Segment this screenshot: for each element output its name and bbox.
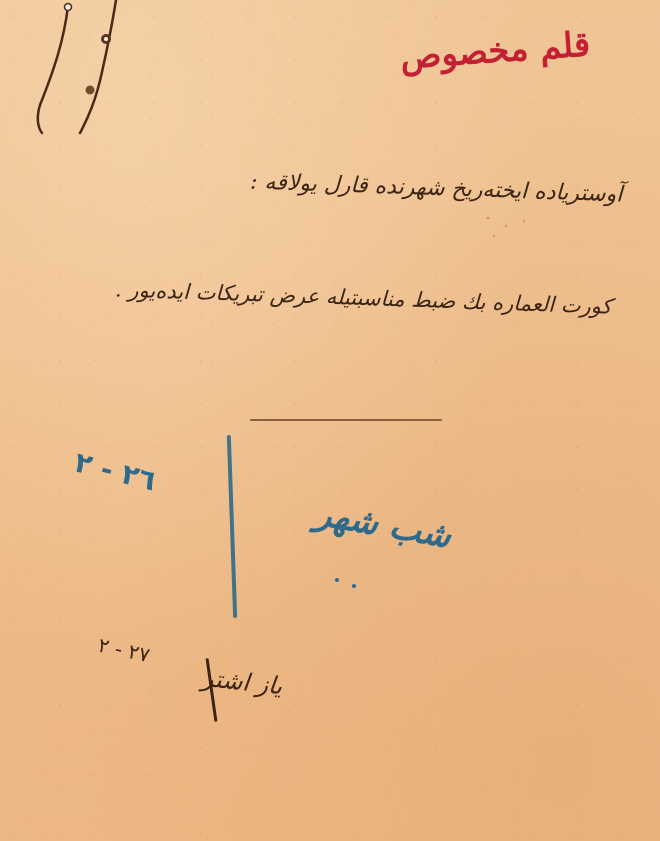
separator-rule [250,419,442,421]
blue-vertical-stroke [227,435,237,618]
brown-annotation-number: ٢٧ - ٢ [96,635,151,665]
blue-dot [352,584,356,588]
blue-dot [335,578,339,582]
blue-annotation-name: شب شهر [313,496,453,553]
text-line-1: آوستریاده ایخته‌ریخ شهرنده قارل یولاقه : [249,172,622,207]
blue-annotation-number: ٢٦ - ٢ [72,448,159,495]
staple-mark-icon [28,0,128,140]
stamp-title: قلم مخصوص [399,27,591,74]
ink-speckle [480,212,540,242]
text-line-2: کورت العماره بك ضبط مناسبتیله عرض تبریکا… [115,279,612,317]
document-page: قلم مخصوص آوستریاده ایخته‌ریخ شهرنده قار… [0,0,660,841]
